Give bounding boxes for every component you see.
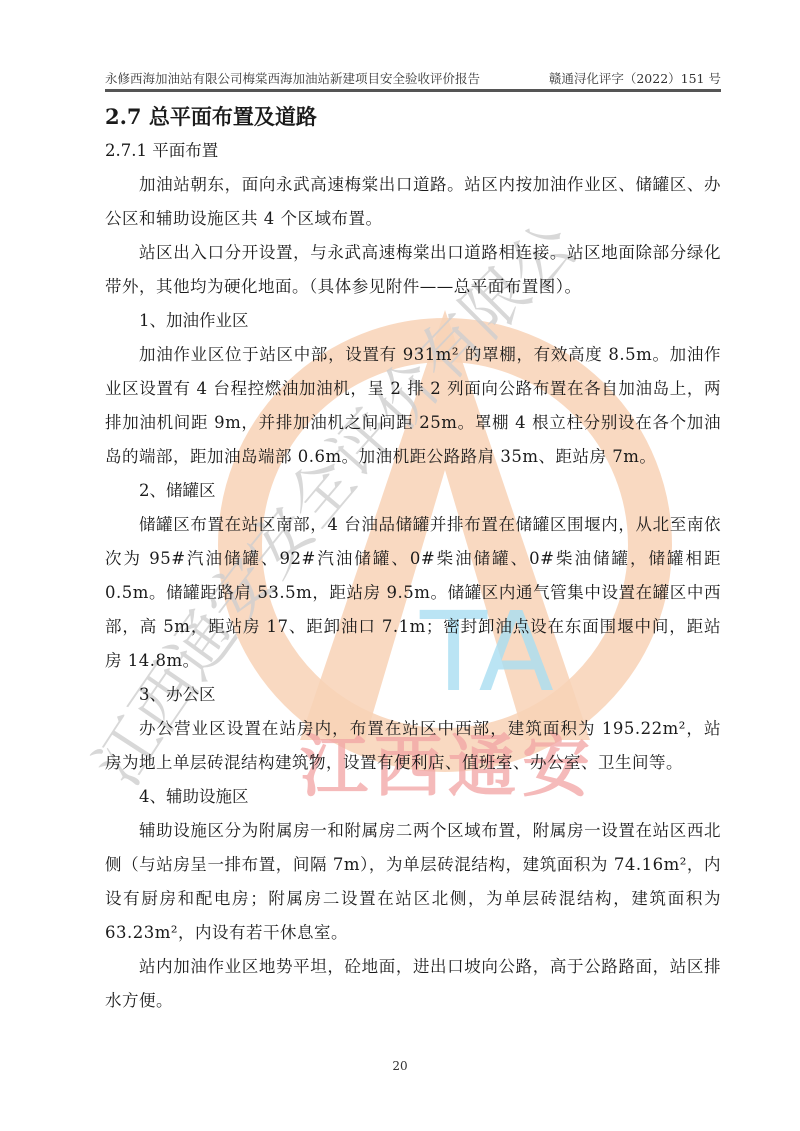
header-divider	[105, 89, 721, 92]
area-heading-office: 3、办公区	[105, 678, 721, 712]
area-text-fueling: 加油作业区位于站区中部，设置有 931m² 的罩棚，有效高度 8.5m。加油作业…	[105, 338, 721, 474]
area-heading-fueling: 1、加油作业区	[105, 304, 721, 338]
header-report-number: 赣通浔化评字（2022）151 号	[549, 69, 721, 87]
section-title: 2.7 总平面布置及道路	[105, 100, 721, 134]
header-report-title: 永修西海加油站有限公司梅棠西海加油站新建项目安全验收评价报告	[105, 69, 480, 87]
intro-paragraph-2: 站区出入口分开设置，与永武高速梅棠出口道路相连接。站区地面除部分绿化带外，其他均…	[105, 236, 721, 304]
page-number: 20	[0, 1059, 800, 1073]
area-text-auxiliary: 辅助设施区分为附属房一和附属房二两个区域布置，附属房一设置在站区西北侧（与站房呈…	[105, 814, 721, 950]
area-heading-tanks: 2、储罐区	[105, 474, 721, 508]
closing-paragraph: 站内加油作业区地势平坦，砼地面，进出口坡向公路，高于公路路面，站区排水方便。	[105, 950, 721, 1018]
area-text-office: 办公营业区设置在站房内，布置在站区中西部，建筑面积为 195.22m²，站房为地…	[105, 712, 721, 780]
area-text-tanks: 储罐区布置在站区南部，4 台油品储罐并排布置在储罐区围堰内，从北至南依次为 95…	[105, 508, 721, 678]
subsection-title: 2.7.1 平面布置	[105, 134, 721, 168]
page-header: 永修西海加油站有限公司梅棠西海加油站新建项目安全验收评价报告 赣通浔化评字（20…	[105, 66, 721, 88]
intro-paragraph-1: 加油站朝东，面向永武高速梅棠出口道路。站区内按加油作业区、储罐区、办公区和辅助设…	[105, 168, 721, 236]
document-body: 2.7 总平面布置及道路 2.7.1 平面布置 加油站朝东，面向永武高速梅棠出口…	[105, 100, 721, 1018]
area-heading-auxiliary: 4、辅助设施区	[105, 780, 721, 814]
document-page: 永修西海加油站有限公司梅棠西海加油站新建项目安全验收评价报告 赣通浔化评字（20…	[0, 0, 800, 1131]
